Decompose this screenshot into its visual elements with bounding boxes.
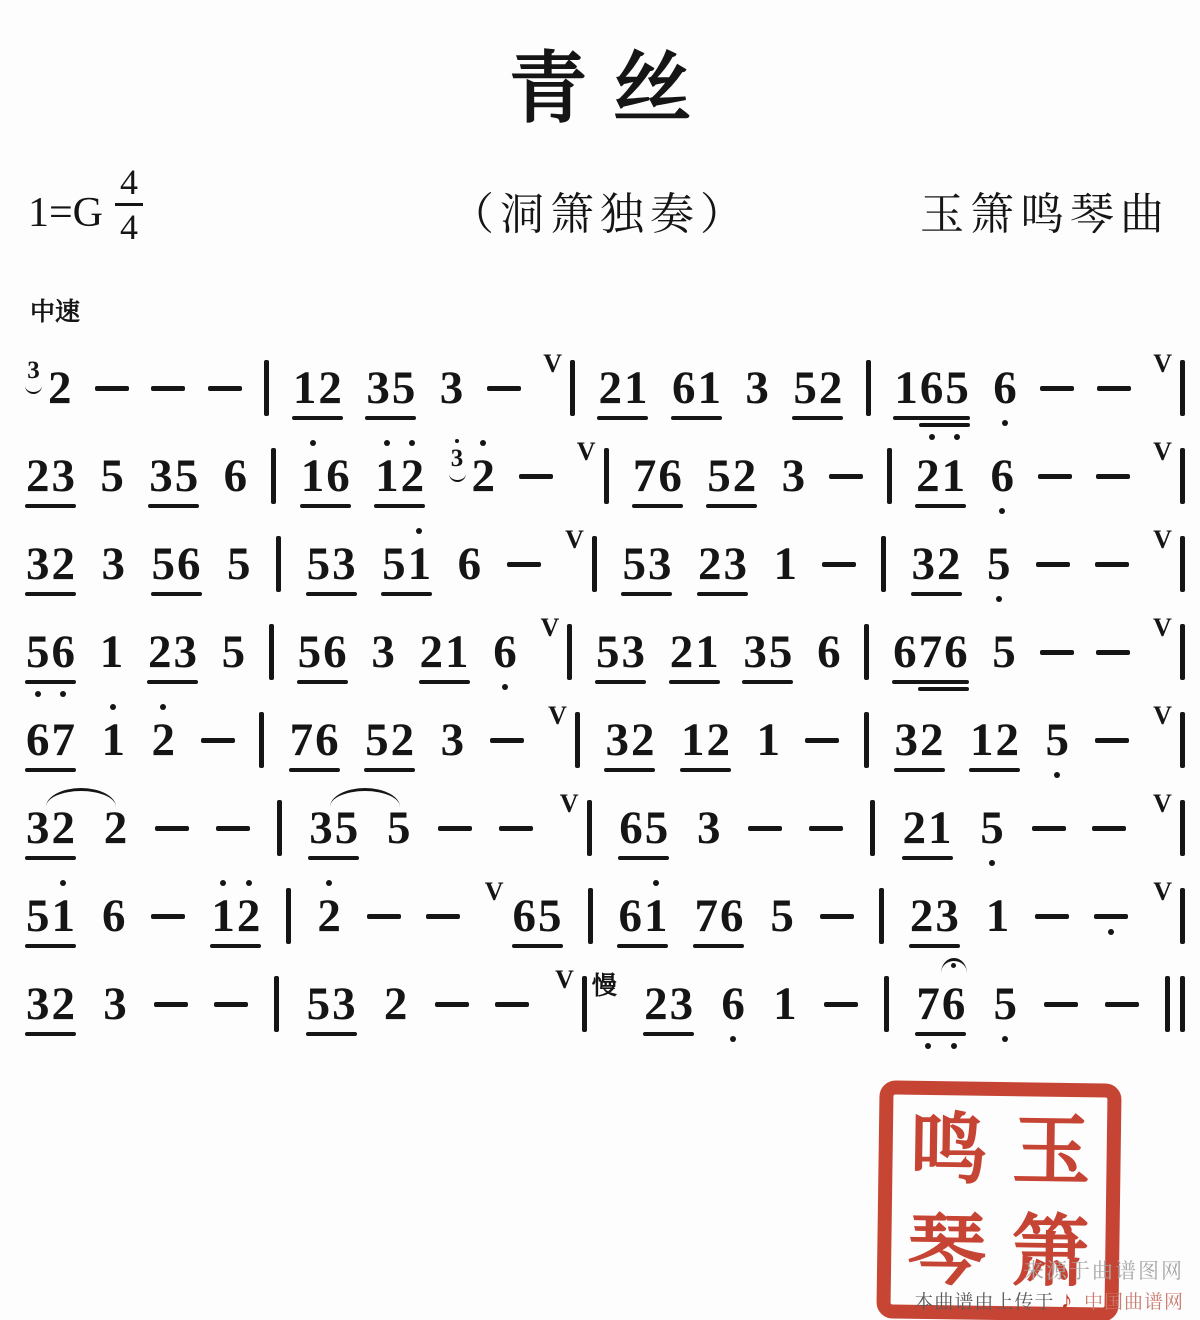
dash-stroke (1097, 386, 1131, 391)
note-digit: 2 (705, 717, 731, 764)
barline: V (540, 624, 572, 680)
note-digit: 3 (934, 893, 960, 940)
barline-stroke (866, 360, 871, 416)
grace-slur-icon (25, 384, 42, 394)
note-digit: 2 (151, 717, 177, 764)
duration-dash (151, 386, 185, 391)
note-digit: 5 (986, 541, 1012, 588)
dash-stroke (151, 914, 185, 919)
note-digit: 6 (720, 981, 746, 1028)
barline-stroke (887, 448, 892, 504)
note-group: 5 (1045, 717, 1071, 764)
barline (588, 888, 593, 944)
note-group: 61 (617, 893, 668, 940)
note-digit: 5 (306, 981, 332, 1028)
note-digit: 3 (331, 981, 357, 1028)
note-digit: 1 (623, 365, 649, 412)
barline-stroke (1180, 624, 1185, 680)
dash-stroke (201, 738, 235, 743)
breath-mark: V (485, 877, 504, 907)
note-digit: 1 (969, 717, 995, 764)
beam-underline (604, 768, 655, 772)
dash-stroke (1035, 914, 1069, 919)
dash-stroke (1040, 650, 1074, 655)
note-group: 21 (419, 629, 470, 676)
dash-stroke (1096, 474, 1130, 479)
duration-dash (1095, 562, 1129, 567)
note-group: 1 (99, 629, 125, 676)
barline-stroke (582, 976, 587, 1032)
note-group: 5 (986, 541, 1012, 588)
note-group: 53 (306, 981, 357, 1028)
note-group: 6 (990, 453, 1016, 500)
beam-underline (365, 416, 416, 420)
note-group: 5 (221, 629, 247, 676)
note-group: 12 (969, 717, 1020, 764)
note-digit: 2 (51, 805, 77, 852)
note-digit: 5 (1045, 717, 1071, 764)
beam-underline (306, 1032, 357, 1036)
duration-dash (1036, 562, 1070, 567)
note-digit: 3 (911, 541, 937, 588)
octave-dot-below (999, 508, 1005, 514)
barline-stroke (274, 976, 279, 1032)
duration-dash (1096, 474, 1130, 479)
dash-stroke (490, 738, 524, 743)
note-digit: 6 (657, 453, 683, 500)
note-group: 32 (25, 805, 76, 852)
note-digit: 2 (25, 453, 51, 500)
beam-underline (25, 856, 76, 860)
note-digit: 7 (693, 893, 719, 940)
duration-dash (1092, 826, 1126, 831)
barline-stroke (592, 536, 597, 592)
dash-stroke (1095, 562, 1129, 567)
note-digit: 3 (148, 453, 174, 500)
note-group: 6 (223, 453, 249, 500)
octave-dot-below (996, 596, 1002, 602)
duration-dash (214, 1002, 248, 1007)
note-digit: 2 (697, 541, 723, 588)
seal-character: 玉 (999, 1100, 1103, 1202)
barline-stroke (1180, 800, 1185, 856)
octave-dot-below (1108, 929, 1114, 935)
octave-dot-above (455, 439, 459, 443)
note-digit: 1 (374, 453, 400, 500)
duration-dash (1035, 914, 1069, 919)
breath-mark: V (1153, 613, 1172, 643)
note-group: 2 (316, 893, 342, 940)
barline-stroke (1165, 976, 1170, 1032)
barline-stroke (879, 888, 884, 944)
beam-underline (147, 680, 198, 684)
note-digit: 3 (439, 365, 465, 412)
beam-underline (148, 504, 199, 508)
barline-stroke (587, 800, 592, 856)
note-digit: 5 (944, 365, 970, 412)
note-group: 35 (742, 629, 793, 676)
beam-underline (792, 416, 843, 420)
barline (884, 976, 889, 1032)
note-digit: 6 (816, 629, 842, 676)
dash-stroke (507, 562, 541, 567)
score-line-6: 322355V653215V (25, 784, 1185, 872)
note-digit: 2 (147, 629, 173, 676)
grace-slur-icon (449, 472, 466, 482)
note-digit: 6 (990, 453, 1016, 500)
barline: V (543, 360, 575, 416)
note-digit: 6 (101, 893, 127, 940)
barline-stroke (570, 360, 575, 416)
barline-stroke (604, 448, 609, 504)
dash-stroke (1032, 826, 1066, 831)
duration-dash (805, 738, 839, 743)
note-digit: 5 (174, 453, 200, 500)
note-group: 32 (449, 453, 497, 500)
watermark-line2: 本曲谱由上传于 ♪ 中国曲谱网 (914, 1285, 1184, 1316)
note-digit: 3 (308, 805, 334, 852)
octave-dot-below (1054, 772, 1060, 778)
note-digit: 5 (25, 893, 51, 940)
note-digit: 3 (696, 805, 722, 852)
barline (269, 624, 274, 680)
beam-underline (597, 416, 648, 420)
octave-dot-above (220, 880, 226, 886)
note-group: 53 (621, 541, 672, 588)
note-digit: 5 (621, 541, 647, 588)
note-digit: 3 (25, 805, 51, 852)
note-digit: 1 (300, 453, 326, 500)
octave-dot-below (951, 1043, 957, 1049)
beam-underline (25, 944, 76, 948)
dash-stroke (809, 826, 843, 831)
note-group: 51 (381, 541, 432, 588)
note-group: 21 (597, 365, 648, 412)
note-digit: 3 (781, 453, 807, 500)
note-group: 52 (364, 717, 415, 764)
barline-stroke (269, 624, 274, 680)
note-group: 76 (289, 717, 340, 764)
beam-underline (289, 768, 340, 772)
barline-stroke (588, 888, 593, 944)
beam-underline (892, 680, 969, 684)
note-digit: 3 (744, 365, 770, 412)
barline-stroke (259, 712, 264, 768)
note-group: 23 (147, 629, 198, 676)
note-digit: 1 (292, 365, 318, 412)
barline (277, 800, 282, 856)
note-digit: 5 (297, 629, 323, 676)
note-digit: 2 (419, 629, 445, 676)
barline-stroke (575, 712, 580, 768)
note-digit: 1 (101, 717, 127, 764)
note-digit: 1 (927, 805, 953, 852)
breath-mark: V (543, 349, 562, 379)
beam-underline (306, 592, 357, 596)
note-group: 1 (772, 541, 798, 588)
beam-underline (300, 504, 351, 508)
octave-dot-below (1002, 420, 1008, 426)
duration-dash (1094, 914, 1128, 919)
duration-dash (487, 386, 521, 391)
beam-underline (292, 416, 343, 420)
note-digit: 5 (25, 629, 51, 676)
dash-stroke (435, 1002, 469, 1007)
barline-stroke (1180, 360, 1185, 416)
note-digit: 1 (694, 629, 720, 676)
barline: V (577, 448, 609, 504)
dash-stroke (829, 474, 863, 479)
note-group: 2 (383, 981, 409, 1028)
note-group: 35 (308, 805, 359, 852)
page-title: 青丝 (0, 26, 1200, 138)
note-digit: 2 (236, 893, 262, 940)
note-group: 6 (720, 981, 746, 1028)
note-digit: 5 (979, 805, 1005, 852)
note-digit: 5 (706, 453, 732, 500)
barline-stroke (1180, 712, 1185, 768)
dash-stroke (519, 474, 553, 479)
note-digit: 2 (597, 365, 623, 412)
barline: V (1153, 448, 1185, 504)
note-digit: 5 (226, 541, 252, 588)
note-group: 32 (25, 365, 73, 412)
note-digit: 2 (732, 453, 758, 500)
octave-dot-above (384, 440, 390, 446)
note-group: V65 (485, 893, 563, 940)
note-group: 6 (992, 365, 1018, 412)
score-line-5: 671276523V3212132125V (25, 696, 1185, 784)
octave-dot-above (416, 528, 422, 534)
note-digit: 2 (909, 893, 935, 940)
note-digit: 6 (941, 981, 967, 1028)
barline (866, 360, 871, 416)
beam-underline (25, 1032, 76, 1036)
note-digit: 6 (671, 365, 697, 412)
note-digit: 2 (915, 453, 941, 500)
note-group: 12 (210, 893, 261, 940)
tempo-change: 慢 (592, 966, 617, 1002)
duration-dash (519, 474, 553, 479)
note-group: 5 (226, 541, 252, 588)
note-group: 3 (440, 717, 466, 764)
note-digit: 7 (918, 629, 944, 676)
note-group: 23 (909, 893, 960, 940)
barline (881, 536, 886, 592)
beam-underline (512, 944, 563, 948)
note-digit: 2 (471, 453, 497, 500)
octave-dot-above (409, 440, 415, 446)
beam-underline (909, 944, 960, 948)
beam-underline (894, 768, 945, 772)
octave-dot-below (1002, 1036, 1008, 1042)
note-digit: 5 (99, 453, 125, 500)
note-digit: 5 (993, 981, 1019, 1028)
note-group: 2 (151, 717, 177, 764)
dash-stroke (154, 1002, 188, 1007)
duration-dash (151, 914, 185, 919)
dash-stroke (824, 1002, 858, 1007)
barline: V (565, 536, 597, 592)
duration-dash (155, 826, 189, 831)
note-group: 6 (457, 541, 483, 588)
note-digit: 3 (620, 629, 646, 676)
octave-dot-below (730, 1036, 736, 1042)
note-digit: 5 (151, 541, 177, 588)
grace-note: 3 (449, 446, 466, 482)
beam-underline (210, 944, 261, 948)
duration-dash (507, 562, 541, 567)
breath-mark: V (555, 965, 574, 995)
barline-stroke (1180, 976, 1185, 1032)
note-group: 32 (911, 541, 962, 588)
duration-dash (748, 826, 782, 831)
octave-dot-above (653, 880, 659, 886)
note-group: 5 (769, 893, 795, 940)
barline: V (1153, 624, 1185, 680)
beam-underline-2 (918, 687, 968, 691)
barline (271, 448, 276, 504)
beam-underline (25, 592, 76, 596)
note-digit: 6 (892, 629, 918, 676)
note-digit: 1 (643, 893, 669, 940)
note-digit: 7 (632, 453, 658, 500)
beam-underline (632, 504, 683, 508)
note-digit: 5 (991, 629, 1017, 676)
dash-stroke (820, 914, 854, 919)
note-digit: 1 (893, 365, 919, 412)
note-digit: 3 (440, 717, 466, 764)
note-digit: 1 (696, 365, 722, 412)
beam-underline (151, 592, 202, 596)
octave-dot-above (480, 440, 486, 446)
note-group: 165 (893, 365, 970, 412)
note-group: 12 (292, 365, 343, 412)
barline (259, 712, 264, 768)
beam-underline (911, 592, 962, 596)
barline (879, 888, 884, 944)
barline: V (560, 800, 592, 856)
barline-stroke (881, 536, 886, 592)
duration-dash (1040, 650, 1074, 655)
note-digit: 6 (223, 453, 249, 500)
note-digit: 6 (618, 805, 644, 852)
score-line-2: 235356161232V76523216V (25, 432, 1185, 520)
note-digit: 5 (769, 893, 795, 940)
duration-dash (95, 386, 129, 391)
note-digit: 3 (365, 365, 391, 412)
beam-underline (915, 1032, 966, 1036)
note-digit: 5 (386, 805, 412, 852)
dash-stroke (748, 826, 782, 831)
note-digit: 3 (25, 981, 51, 1028)
barline: V (548, 712, 580, 768)
duration-dash (435, 1002, 469, 1007)
score-line-8: 323532V慢2361765 (25, 960, 1185, 1048)
octave-dot-below (925, 1043, 931, 1049)
note-group: 52 (706, 453, 757, 500)
note-digit: 3 (722, 541, 748, 588)
score-line-4: 561235563216V53213566765V (25, 608, 1185, 696)
note-digit: 1 (755, 717, 781, 764)
note-digit: 2 (390, 717, 416, 764)
beam-underline (915, 504, 966, 508)
note-group: 76 (915, 981, 966, 1028)
barline-stroke (1180, 888, 1185, 944)
barline-stroke (864, 712, 869, 768)
beam-underline (902, 856, 953, 860)
breath-mark: V (1153, 789, 1172, 819)
breath-mark: V (560, 789, 579, 819)
dash-stroke (499, 826, 533, 831)
dash-stroke (1036, 562, 1070, 567)
grace-digit: 3 (451, 446, 464, 471)
octave-dot-below (989, 860, 995, 866)
beam-underline (671, 416, 722, 420)
duration-dash (1044, 1002, 1078, 1007)
duration-dash (367, 914, 401, 919)
note-digit: 6 (314, 717, 340, 764)
barline: V慢 (555, 976, 617, 1032)
octave-dot-above (160, 704, 166, 710)
note-digit: 3 (102, 981, 128, 1028)
note-digit: 5 (306, 541, 332, 588)
duration-dash (438, 826, 472, 831)
note-group: 12 (374, 453, 425, 500)
duration-dash (499, 826, 533, 831)
note-digit: 6 (719, 893, 745, 940)
breath-mark: V (1153, 525, 1172, 555)
note-digit: 5 (364, 717, 390, 764)
dash-stroke (155, 826, 189, 831)
dash-stroke (1044, 1002, 1078, 1007)
note-group: 1 (755, 717, 781, 764)
note-group: 3 (696, 805, 722, 852)
beam-underline-2 (919, 423, 969, 427)
note-digit: 3 (25, 541, 51, 588)
beam-underline (25, 768, 76, 772)
note-group: 6 (816, 629, 842, 676)
composer: 玉箫鸣琴曲 (920, 178, 1170, 242)
note-group: 61 (671, 365, 722, 412)
duration-dash (809, 826, 843, 831)
beam-underline (621, 592, 672, 596)
note-digit: 6 (512, 893, 538, 940)
note-digit: 2 (51, 981, 77, 1028)
note-digit: 3 (370, 629, 396, 676)
note-group: 32 (604, 717, 655, 764)
note-group: 3 (439, 365, 465, 412)
beam-underline (643, 1032, 694, 1036)
duration-dash (1097, 386, 1131, 391)
note-group: 56 (151, 541, 202, 588)
beam-underline (381, 592, 432, 596)
dash-stroke (438, 826, 472, 831)
barline-stroke (1180, 536, 1185, 592)
breath-mark: V (1153, 437, 1172, 467)
barline-stroke (884, 976, 889, 1032)
note-group: 5 (991, 629, 1017, 676)
note-group: 23 (25, 453, 76, 500)
beam-underline (25, 504, 76, 508)
note-digit: 1 (985, 893, 1011, 940)
dash-stroke (805, 738, 839, 743)
note-digit: 2 (995, 717, 1021, 764)
sheet-music-page: 青丝 1=G 4 4 （洞箫独奏） 玉箫鸣琴曲 中速 3212353V21613… (0, 0, 1200, 1320)
note-digit: 6 (617, 893, 643, 940)
barline (264, 360, 269, 416)
duration-dash (216, 826, 250, 831)
